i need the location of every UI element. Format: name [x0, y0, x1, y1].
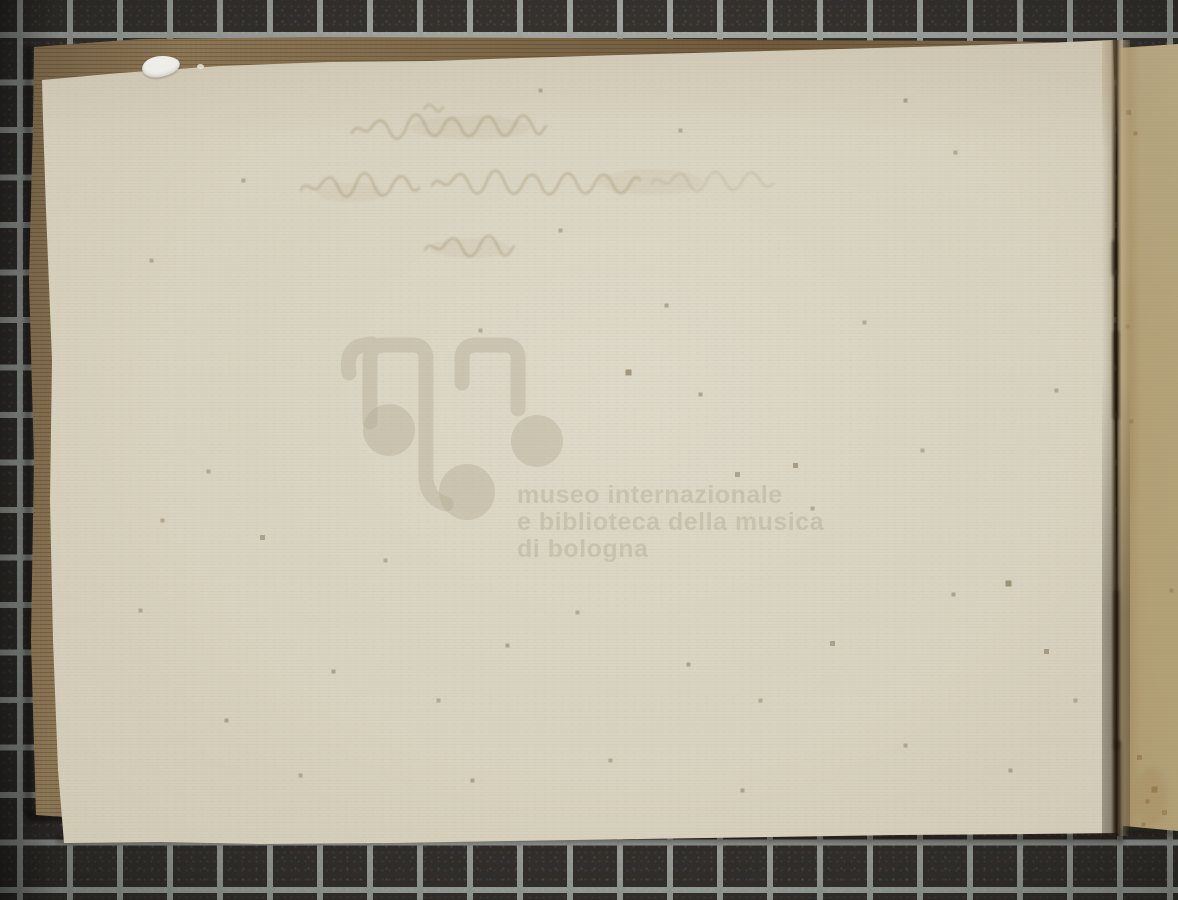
watermark-text: museo internazionale e biblioteca della … [517, 482, 857, 563]
right-page-foxing-spots [0, 0, 1, 1]
right-page-foxing-blotch [1136, 768, 1166, 826]
paper-chip-small [197, 64, 204, 69]
cover-left-shadow [24, 46, 33, 818]
crease-dark-mark [1112, 240, 1117, 276]
manuscript-page: museo internazionale e biblioteca della … [0, 0, 1178, 900]
crease-dark-mark [1114, 590, 1119, 750]
museum-logo-icon [0, 0, 1178, 900]
watermark-line-1: museo internazionale [517, 482, 857, 509]
watermark-line-3: di bologna [517, 536, 857, 563]
crease-dark-mark [1115, 740, 1121, 835]
crease-dark-mark [1113, 330, 1119, 420]
watermark-line-2: e biblioteca della musica [517, 509, 857, 536]
digitized-manuscript-photo: museo internazionale e biblioteca della … [0, 0, 1178, 900]
